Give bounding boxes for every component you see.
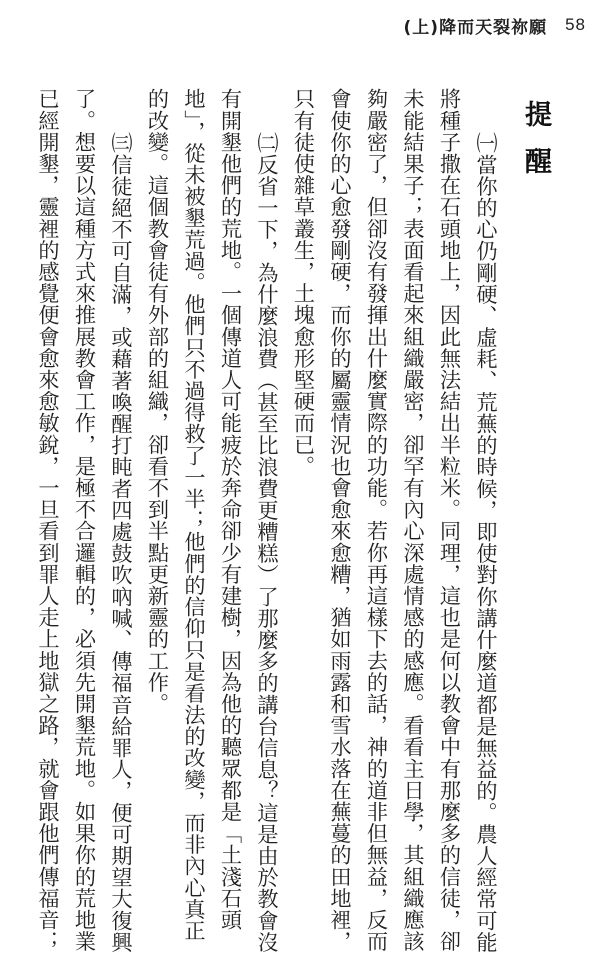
text-column-11: ㈢信徒絕不可自滿，或藉著喚醒打盹者四處鼓吹吶喊、傳福音給罪人，便可期望大復興: [103, 88, 140, 953]
text-column-5: 會使你的心愈發剛硬，而你的屬靈情況也會愈來愈糟，猶如雨露和雪水落在蕪蔓的田地裡，: [322, 88, 359, 952]
vertical-text-body: 提醒 ㈠當你的心仍剛硬、虛耗、荒蕪的時候，即使對你講什麼道都是無益的。農人經常可…: [30, 88, 559, 938]
text-column-13: 已經開墾，靈裡的感覺便會愈來愈敏銳，一旦看到罪人走上地獄之路，就會跟他們傳福音；: [30, 88, 67, 952]
page-number: 58: [565, 15, 586, 35]
text-column-3: 未能結果子；表面看起來組織嚴密，卻罕有內心深處情感的感應。看看主日學，其組織應該: [395, 88, 432, 952]
text-column-1: ㈠當你的心仍剛硬、虛耗、荒蕪的時候，即使對你講什麼道都是無益的。農人經常可能: [468, 88, 505, 953]
section-title: 提醒: [512, 100, 558, 194]
text-column-9: 地」，從未被墾荒過。他們只不過得救了一半；他們的信仰只是看法的改變，而非內心真正: [176, 88, 213, 941]
text-column-6: 只有徒使雜草叢生，土塊愈形堅硬而已。: [285, 88, 322, 477]
text-column-12: 了。想要以這種方式來推展教會工作，是極不合邏輯的，必須先開墾荒地。如果你的荒地業: [66, 88, 103, 952]
text-column-2: 將種子撒在石頭地上，因此無法結出半粒米。同理，這也是何以教會中有那麼多的信徒，卻: [431, 88, 468, 952]
text-column-8: 有開墾他們的荒地。一個傳道人可能疲於奔命卻少有建樹，因為他的聽眾都是「土淺石頭: [212, 88, 249, 930]
text-column-4: 夠嚴密了，但卻沒有發揮出什麼實際的功能。若你再這樣下去的話，神的道非但無益，反而: [358, 88, 395, 952]
text-column-10: 的改變。這個教會徒有外部的組織，卻看不到半點更新靈的工作。: [139, 88, 176, 714]
text-column-7: ㈡反省一下，為什麼浪費（甚至比浪費更糟糕）了那麼多的講台信息？這是由於教會沒: [249, 88, 286, 953]
book-title: (上)降而天裂祢願: [404, 13, 548, 38]
running-header: (上)降而天裂祢願 58: [404, 10, 586, 40]
